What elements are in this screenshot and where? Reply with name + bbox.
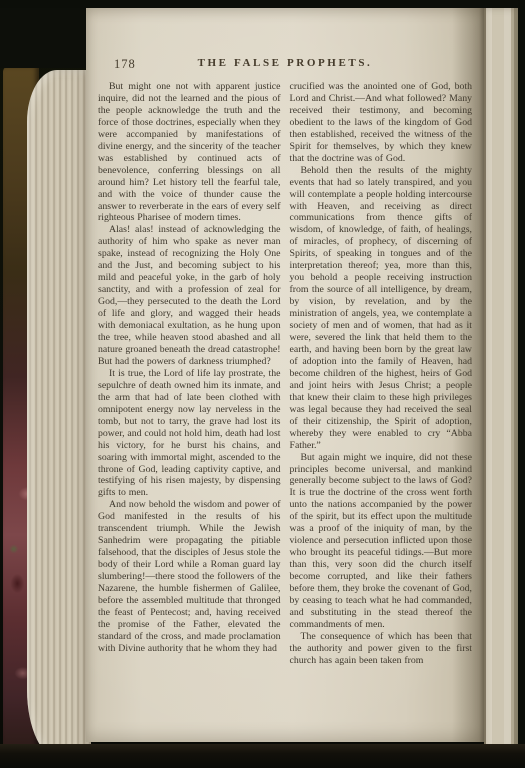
paragraph: But again might we inquire, did not thes… [290, 452, 473, 631]
backdrop-edge-bottom [0, 744, 525, 768]
paragraph: Behold then the results of the mighty ev… [290, 165, 473, 452]
text-columns: But might one not with apparent justice … [86, 73, 484, 667]
adjacent-page-edge [484, 3, 518, 746]
page-number: 178 [114, 57, 136, 72]
backdrop-edge-right [518, 0, 525, 768]
paragraph: crucified was the anointed one of God, b… [290, 81, 473, 165]
page-header: 178 THE FALSE PROPHETS. [86, 57, 484, 73]
page-stack-fore-edge [27, 70, 91, 760]
paragraph: It is true, the Lord of life lay prostra… [98, 368, 281, 499]
text-column-left: But might one not with apparent justice … [98, 81, 281, 667]
book-page: 178 THE FALSE PROPHETS. But might one no… [86, 7, 484, 742]
backdrop-edge-top [0, 0, 525, 8]
running-title: THE FALSE PROPHETS. [86, 57, 484, 69]
paragraph: The consequence of which has been that t… [290, 631, 473, 667]
backdrop-corner [0, 0, 86, 68]
text-column-right: crucified was the anointed one of God, b… [290, 81, 473, 667]
paragraph: Alas! alas! instead of acknowledging the… [98, 224, 281, 367]
scanned-book-photo: 178 THE FALSE PROPHETS. But might one no… [0, 0, 525, 768]
paragraph: And now behold the wisdom and power of G… [98, 499, 281, 654]
gutter-shadow [452, 7, 484, 742]
paragraph: But might one not with apparent justice … [98, 81, 281, 224]
